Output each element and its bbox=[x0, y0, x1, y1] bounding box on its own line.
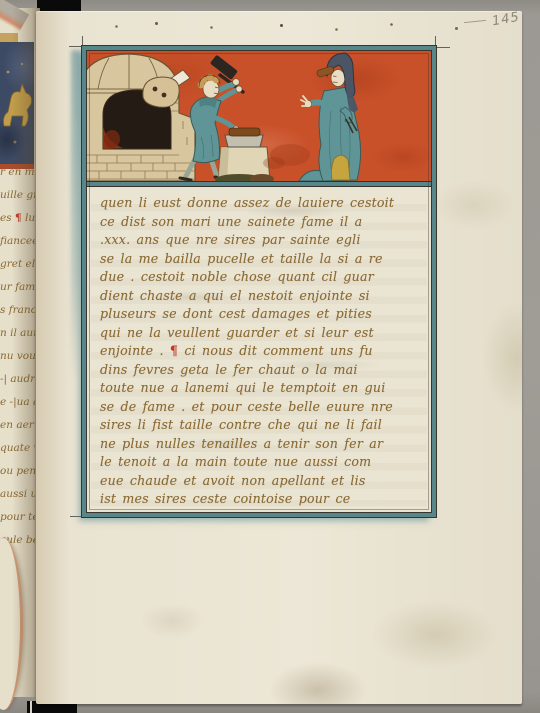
ink-specks bbox=[36, 11, 37, 12]
left-text-fragment: ou pen a bbox=[0, 465, 35, 488]
left-text-fragment: pour te qu bbox=[0, 511, 35, 534]
horse-figure bbox=[0, 42, 34, 164]
left-text-fragment: e -|ua as bbox=[0, 396, 35, 419]
page-edge-sliver bbox=[30, 701, 32, 713]
text-line: ne plus nulles tenailles a tenir son fer… bbox=[100, 436, 423, 455]
anvil bbox=[215, 128, 274, 181]
left-text-fragment: en aer leu bbox=[0, 419, 35, 442]
text-line: dient chaste a qui el nestoit enjointe s… bbox=[100, 288, 423, 307]
text-line: eue chaude et avoit non apellant et lis bbox=[100, 473, 423, 492]
ruling-tick bbox=[436, 47, 450, 48]
left-text-fragment: es ¶ luu bbox=[0, 212, 35, 235]
hot-iron-on-anvil bbox=[229, 128, 260, 136]
text-line: toute nue a lanemi qui le temptoit en gu… bbox=[100, 380, 423, 399]
text-block: quen li eust donne assez de lauiere cest… bbox=[87, 187, 431, 512]
left-text-fragment: s francor bbox=[0, 304, 35, 327]
left-page-fore-edge bbox=[0, 0, 29, 40]
woman-figure bbox=[299, 53, 361, 181]
ruled-frame: quen li eust donne assez de lauiere cest… bbox=[81, 45, 437, 518]
left-page-miniature-fragment bbox=[0, 42, 34, 169]
left-page-corner bbox=[0, 538, 23, 710]
text-line: quen li eust donne assez de lauiere cest… bbox=[100, 195, 423, 214]
text-line: enjointe . ¶ ci nous dit comment uns fu bbox=[100, 343, 423, 362]
text-line: dins fevres geta le fer chaut o la mai bbox=[100, 362, 423, 381]
rubric-mark: ¶ bbox=[170, 343, 178, 358]
text-line: ce dist son mari une sainete fame il a bbox=[100, 214, 423, 233]
text-line: .xxx. ans que nre sires par sainte egli bbox=[100, 232, 423, 251]
left-text-fragment: nu vous q bbox=[0, 350, 35, 373]
manuscript-photo: r en mauille grees ¶ luufianceegret elur… bbox=[0, 0, 540, 713]
left-text-fragment: quate vin bbox=[0, 442, 35, 465]
left-text-fragment: uille gre bbox=[0, 189, 35, 212]
text-line: ist mes sires ceste cointoise pour ce bbox=[100, 491, 423, 510]
left-page: r en mauille grees ¶ luufianceegret elur… bbox=[0, 8, 40, 697]
miniature-scene bbox=[87, 51, 431, 181]
gold-underskirt bbox=[331, 155, 350, 180]
left-text-fragment: aule beult bbox=[0, 534, 35, 557]
left-page-text-fragments: r en mauille grees ¶ luufianceegret elur… bbox=[0, 166, 35, 557]
left-text-fragment: r en ma bbox=[0, 166, 35, 189]
left-text-fragment: aussi ut bbox=[0, 488, 35, 511]
rubric-mark: ¶ bbox=[15, 212, 22, 224]
text-line: qui ne la veullent guarder et si leur es… bbox=[100, 325, 423, 344]
text-line: sires li fist taille contre che qui ne l… bbox=[100, 417, 423, 436]
paint-smudge bbox=[263, 157, 285, 169]
left-text-fragment: -| audr bbox=[0, 373, 35, 396]
background-mark-top bbox=[37, 0, 81, 11]
frame-inner: quen li eust donne assez de lauiere cest… bbox=[86, 50, 432, 513]
text-line: pluseurs se dont cest damages et pities bbox=[100, 306, 423, 325]
text-line: le tenoit a la main toute nue aussi com bbox=[100, 454, 423, 473]
left-text-fragment: fiancee bbox=[0, 235, 35, 258]
text-line: se de fame . et pour ceste belle euure n… bbox=[100, 399, 423, 418]
left-text-fragment: n il aur bbox=[0, 327, 35, 350]
left-text-fragment: ur fame bbox=[0, 281, 35, 304]
text-line: se la me bailla pucelle et taille la si … bbox=[100, 251, 423, 270]
miniature bbox=[87, 51, 431, 182]
left-text-fragment: gret el bbox=[0, 258, 35, 281]
text-line: due . cestoit noble chose quant cil guar bbox=[100, 269, 423, 288]
